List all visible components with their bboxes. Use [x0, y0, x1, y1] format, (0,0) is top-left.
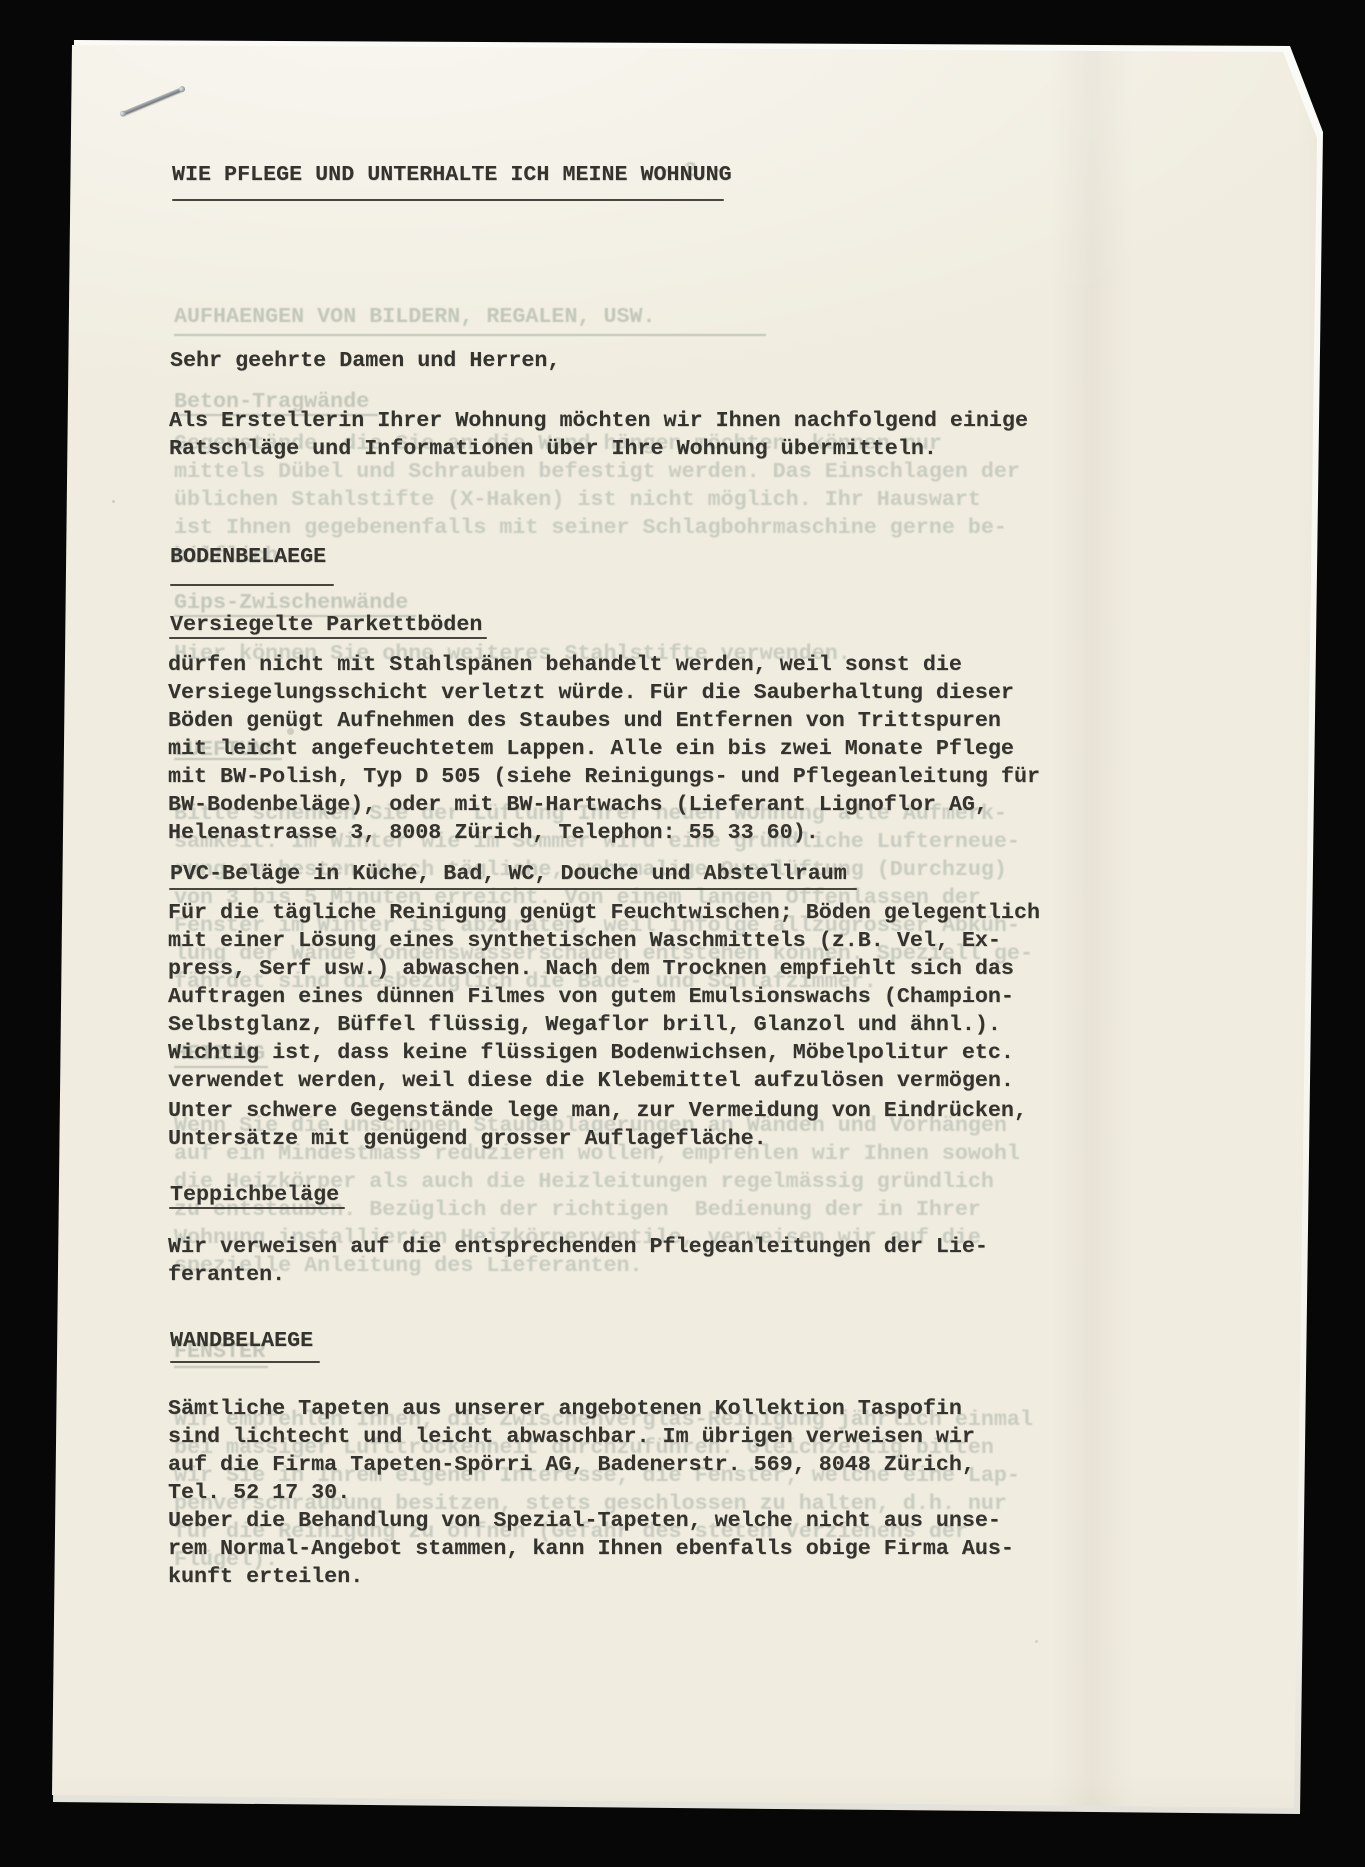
dust-speck	[287, 728, 294, 735]
paragraph-teppich: Wir verweisen auf die entsprechenden Pfl…	[168, 1233, 988, 1289]
section-heading-bodenbelaege: BODENBELAEGE	[170, 543, 326, 571]
salutation: Sehr geehrte Damen und Herren,	[170, 347, 560, 375]
subheading-parkett: Versiegelte Parkettböden	[170, 611, 482, 639]
paper-sheet: - 2 - AUFHAENGEN VON BILDERN, REGALEN, U…	[0, 0, 1365, 1867]
bodenbelaege-underline	[170, 584, 334, 586]
page-title-underline	[172, 199, 724, 201]
intro-paragraph: Als Erstellerin Ihrer Wohnung möchten wi…	[169, 407, 1028, 463]
ghost-underline-aufhaengen	[174, 334, 766, 336]
section-heading-wandbelaege: WANDBELAEGE	[170, 1327, 313, 1355]
dust-speck	[1035, 1640, 1038, 1643]
subheading-teppich: Teppichbeläge	[170, 1181, 339, 1209]
paragraph-parkett: dürfen nicht mit Stahlspänen behandelt w…	[168, 651, 1040, 847]
ghost-heading-aufhaengen: AUFHAENGEN VON BILDERN, REGALEN, USW.	[174, 303, 656, 331]
subheading-pvc: PVC-Beläge in Küche, Bad, WC, Douche und…	[170, 860, 847, 888]
paragraph-pvc: Für die tägliche Reinigung genügt Feucht…	[168, 899, 1040, 1095]
page-title: WIE PFLEGE UND UNTERHALTE ICH MEINE WOHN…	[172, 161, 732, 189]
scan-background: - 2 - AUFHAENGEN VON BILDERN, REGALEN, U…	[0, 0, 1365, 1867]
dust-speck	[112, 500, 115, 503]
paragraph-pvc-note: Unter schwere Gegenstände lege man, zur …	[168, 1097, 1027, 1153]
ghost-underline-fenster	[174, 1366, 268, 1368]
paragraph-wandbelaege: Sämtliche Tapeten aus unserer angebotene…	[168, 1395, 1014, 1591]
